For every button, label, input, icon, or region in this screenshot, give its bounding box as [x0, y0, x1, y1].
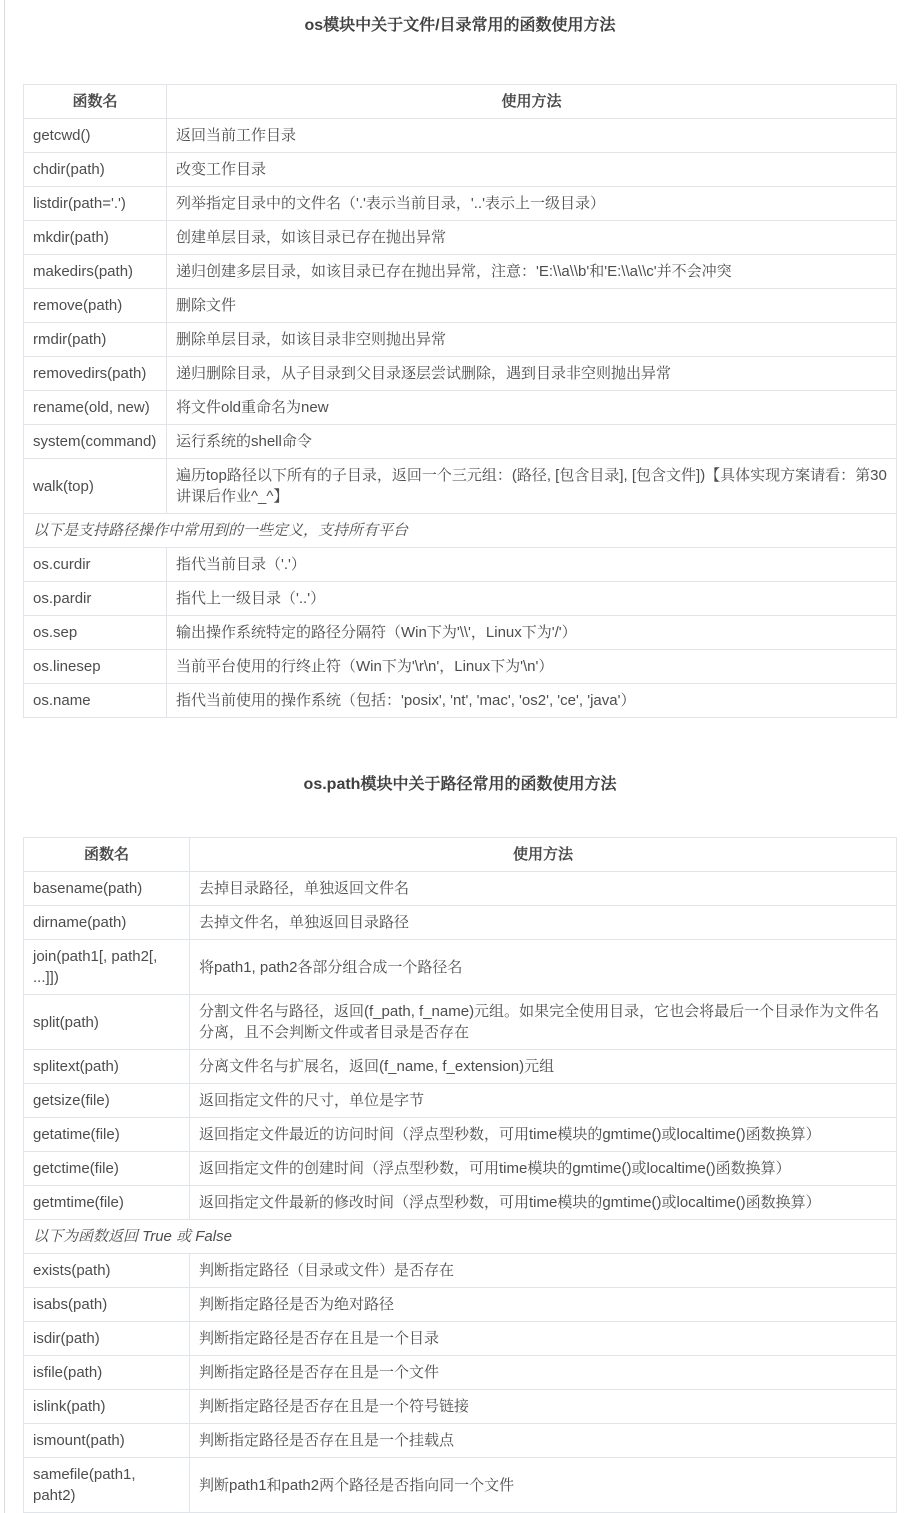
- table-row: isdir(path)判断指定路径是否存在且是一个目录: [24, 1322, 897, 1356]
- function-name-cell: os.sep: [24, 616, 167, 650]
- usage-cell: 判断指定路径是否存在且是一个挂载点: [190, 1424, 897, 1458]
- table-row: os.linesep当前平台使用的行终止符（Win下为'\r\n'，Linux下…: [24, 650, 897, 684]
- function-name-cell: os.curdir: [24, 548, 167, 582]
- usage-cell: 指代当前目录（'.'）: [167, 548, 897, 582]
- usage-cell: 输出操作系统特定的路径分隔符（Win下为'\\'，Linux下为'/'）: [167, 616, 897, 650]
- table-row: getctime(file)返回指定文件的创建时间（浮点型秒数，可用time模块…: [24, 1152, 897, 1186]
- table-row: rmdir(path)删除单层目录，如该目录非空则抛出异常: [24, 323, 897, 357]
- section-title-os-path-module: os.path模块中关于路径常用的函数使用方法: [23, 774, 897, 796]
- table-row: getcwd()返回当前工作目录: [24, 119, 897, 153]
- section-title-os-module: os模块中关于文件/目录常用的函数使用方法: [23, 0, 897, 37]
- usage-cell: 将path1, path2各部分组合成一个路径名: [190, 940, 897, 995]
- usage-cell: 创建单层目录，如该目录已存在抛出异常: [167, 221, 897, 255]
- function-name-cell: chdir(path): [24, 153, 167, 187]
- table-row: mkdir(path)创建单层目录，如该目录已存在抛出异常: [24, 221, 897, 255]
- usage-cell: 去掉目录路径，单独返回文件名: [190, 872, 897, 906]
- usage-cell: 将文件old重命名为new: [167, 391, 897, 425]
- table-row: walk(top)遍历top路径以下所有的子目录，返回一个三元组：(路径, [包…: [24, 459, 897, 514]
- function-name-cell: getmtime(file): [24, 1186, 190, 1220]
- usage-cell: 返回指定文件的创建时间（浮点型秒数，可用time模块的gmtime()或loca…: [190, 1152, 897, 1186]
- table-row: splitext(path)分离文件名与扩展名，返回(f_name, f_ext…: [24, 1050, 897, 1084]
- table-row: os.sep输出操作系统特定的路径分隔符（Win下为'\\'，Linux下为'/…: [24, 616, 897, 650]
- function-name-cell: islink(path): [24, 1390, 190, 1424]
- function-name-cell: walk(top): [24, 459, 167, 514]
- usage-cell: 去掉文件名，单独返回目录路径: [190, 906, 897, 940]
- table-row: rename(old, new)将文件old重命名为new: [24, 391, 897, 425]
- usage-cell: 分离文件名与扩展名，返回(f_name, f_extension)元组: [190, 1050, 897, 1084]
- function-name-cell: os.pardir: [24, 582, 167, 616]
- table-row: join(path1[, path2[, ...]])将path1, path2…: [24, 940, 897, 995]
- function-name-cell: os.name: [24, 684, 167, 718]
- table-row: getatime(file)返回指定文件最近的访问时间（浮点型秒数，可用time…: [24, 1118, 897, 1152]
- usage-cell: 判断指定路径是否存在且是一个符号链接: [190, 1390, 897, 1424]
- function-name-cell: os.linesep: [24, 650, 167, 684]
- usage-cell: 判断指定路径是否存在且是一个文件: [190, 1356, 897, 1390]
- table-note-cell: 以下为函数返回 True 或 False: [24, 1220, 897, 1254]
- function-name-cell: join(path1[, path2[, ...]]): [24, 940, 190, 995]
- table-row: islink(path)判断指定路径是否存在且是一个符号链接: [24, 1390, 897, 1424]
- header-function-name: 函数名: [24, 85, 167, 119]
- document-content: os模块中关于文件/目录常用的函数使用方法 函数名 使用方法 getcwd()返…: [23, 0, 897, 1513]
- function-name-cell: makedirs(path): [24, 255, 167, 289]
- usage-cell: 列举指定目录中的文件名（'.'表示当前目录，'..'表示上一级目录）: [167, 187, 897, 221]
- function-name-cell: samefile(path1, paht2): [24, 1458, 190, 1513]
- function-name-cell: exists(path): [24, 1254, 190, 1288]
- table-row: getsize(file)返回指定文件的尺寸，单位是字节: [24, 1084, 897, 1118]
- document-page: os模块中关于文件/目录常用的函数使用方法 函数名 使用方法 getcwd()返…: [0, 0, 914, 1513]
- function-name-cell: dirname(path): [24, 906, 190, 940]
- usage-cell: 运行系统的shell命令: [167, 425, 897, 459]
- function-name-cell: isabs(path): [24, 1288, 190, 1322]
- table-row: os.curdir指代当前目录（'.'）: [24, 548, 897, 582]
- usage-cell: 递归删除目录，从子目录到父目录逐层尝试删除，遇到目录非空则抛出异常: [167, 357, 897, 391]
- usage-cell: 指代当前使用的操作系统（包括：'posix', 'nt', 'mac', 'os…: [167, 684, 897, 718]
- usage-cell: 遍历top路径以下所有的子目录，返回一个三元组：(路径, [包含目录], [包含…: [167, 459, 897, 514]
- function-name-cell: isfile(path): [24, 1356, 190, 1390]
- function-name-cell: listdir(path='.'): [24, 187, 167, 221]
- table-row: os.name指代当前使用的操作系统（包括：'posix', 'nt', 'ma…: [24, 684, 897, 718]
- function-name-cell: getatime(file): [24, 1118, 190, 1152]
- os-functions-table: 函数名 使用方法 getcwd()返回当前工作目录chdir(path)改变工作…: [23, 84, 897, 718]
- table-row: makedirs(path)递归创建多层目录，如该目录已存在抛出异常，注意：'E…: [24, 255, 897, 289]
- table-row: 以下是支持路径操作中常用到的一些定义，支持所有平台: [24, 514, 897, 548]
- page-left-border: [4, 0, 5, 1513]
- usage-cell: 改变工作目录: [167, 153, 897, 187]
- usage-cell: 判断指定路径是否为绝对路径: [190, 1288, 897, 1322]
- usage-cell: 返回指定文件最近的访问时间（浮点型秒数，可用time模块的gmtime()或lo…: [190, 1118, 897, 1152]
- usage-cell: 判断path1和path2两个路径是否指向同一个文件: [190, 1458, 897, 1513]
- table-header-row: 函数名 使用方法: [24, 838, 897, 872]
- function-name-cell: basename(path): [24, 872, 190, 906]
- table-row: isabs(path)判断指定路径是否为绝对路径: [24, 1288, 897, 1322]
- header-usage: 使用方法: [167, 85, 897, 119]
- usage-cell: 返回指定文件最新的修改时间（浮点型秒数，可用time模块的gmtime()或lo…: [190, 1186, 897, 1220]
- function-name-cell: rename(old, new): [24, 391, 167, 425]
- table-row: isfile(path)判断指定路径是否存在且是一个文件: [24, 1356, 897, 1390]
- usage-cell: 返回指定文件的尺寸，单位是字节: [190, 1084, 897, 1118]
- function-name-cell: getcwd(): [24, 119, 167, 153]
- function-name-cell: splitext(path): [24, 1050, 190, 1084]
- usage-cell: 分割文件名与路径，返回(f_path, f_name)元组。如果完全使用目录，它…: [190, 995, 897, 1050]
- usage-cell: 返回当前工作目录: [167, 119, 897, 153]
- table-note-cell: 以下是支持路径操作中常用到的一些定义，支持所有平台: [24, 514, 897, 548]
- table-row: split(path)分割文件名与路径，返回(f_path, f_name)元组…: [24, 995, 897, 1050]
- table-header-row: 函数名 使用方法: [24, 85, 897, 119]
- table-row: listdir(path='.')列举指定目录中的文件名（'.'表示当前目录，'…: [24, 187, 897, 221]
- header-function-name: 函数名: [24, 838, 190, 872]
- function-name-cell: system(command): [24, 425, 167, 459]
- table-row: removedirs(path)递归删除目录，从子目录到父目录逐层尝试删除，遇到…: [24, 357, 897, 391]
- header-usage: 使用方法: [190, 838, 897, 872]
- function-name-cell: getctime(file): [24, 1152, 190, 1186]
- os-path-functions-table: 函数名 使用方法 basename(path)去掉目录路径，单独返回文件名dir…: [23, 837, 897, 1513]
- table-row: system(command)运行系统的shell命令: [24, 425, 897, 459]
- table-row: basename(path)去掉目录路径，单独返回文件名: [24, 872, 897, 906]
- function-name-cell: isdir(path): [24, 1322, 190, 1356]
- usage-cell: 判断指定路径（目录或文件）是否存在: [190, 1254, 897, 1288]
- table-row: ismount(path)判断指定路径是否存在且是一个挂载点: [24, 1424, 897, 1458]
- table-row: remove(path)删除文件: [24, 289, 897, 323]
- table-row: dirname(path)去掉文件名，单独返回目录路径: [24, 906, 897, 940]
- function-name-cell: rmdir(path): [24, 323, 167, 357]
- function-name-cell: mkdir(path): [24, 221, 167, 255]
- table-row: 以下为函数返回 True 或 False: [24, 1220, 897, 1254]
- table-row: getmtime(file)返回指定文件最新的修改时间（浮点型秒数，可用time…: [24, 1186, 897, 1220]
- table-row: exists(path)判断指定路径（目录或文件）是否存在: [24, 1254, 897, 1288]
- function-name-cell: ismount(path): [24, 1424, 190, 1458]
- usage-cell: 删除单层目录，如该目录非空则抛出异常: [167, 323, 897, 357]
- usage-cell: 判断指定路径是否存在且是一个目录: [190, 1322, 897, 1356]
- function-name-cell: split(path): [24, 995, 190, 1050]
- function-name-cell: remove(path): [24, 289, 167, 323]
- function-name-cell: getsize(file): [24, 1084, 190, 1118]
- usage-cell: 指代上一级目录（'..'）: [167, 582, 897, 616]
- table-row: os.pardir指代上一级目录（'..'）: [24, 582, 897, 616]
- table-row: chdir(path)改变工作目录: [24, 153, 897, 187]
- table-row: samefile(path1, paht2)判断path1和path2两个路径是…: [24, 1458, 897, 1513]
- usage-cell: 删除文件: [167, 289, 897, 323]
- usage-cell: 当前平台使用的行终止符（Win下为'\r\n'，Linux下为'\n'）: [167, 650, 897, 684]
- usage-cell: 递归创建多层目录，如该目录已存在抛出异常，注意：'E:\\a\\b'和'E:\\…: [167, 255, 897, 289]
- function-name-cell: removedirs(path): [24, 357, 167, 391]
